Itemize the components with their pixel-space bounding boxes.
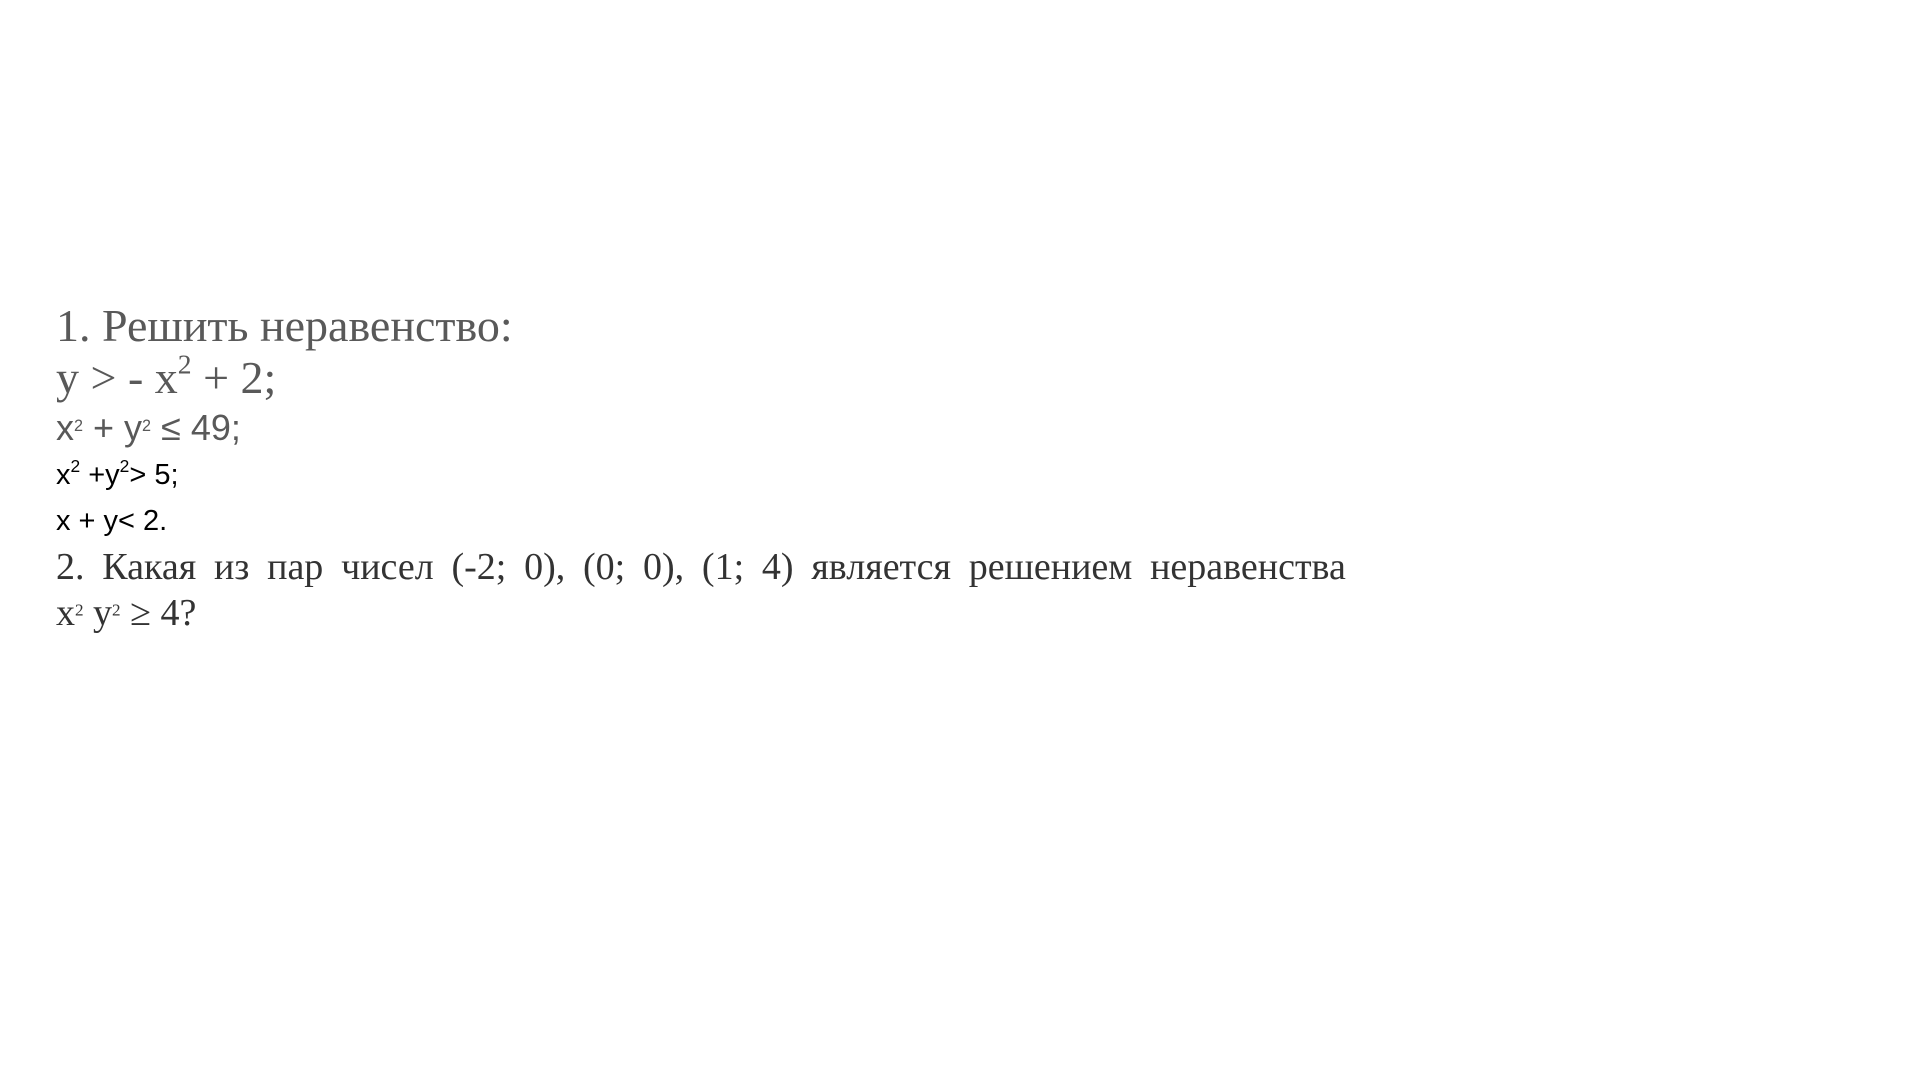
inequality-4: x + y< 2. <box>56 498 1376 544</box>
inequality-1: y > - x2 + 2; <box>56 352 1376 404</box>
slide: 1. Решить неравенство: y > - x2 + 2; x2 … <box>0 0 1920 1080</box>
slide-content: 1. Решить неравенство: y > - x2 + 2; x2 … <box>56 300 1376 636</box>
task1-heading: 1. Решить неравенство: <box>56 300 1376 352</box>
inequality-2: x2 + y2 ≤ 49; <box>56 404 1376 452</box>
task2-inequality: x2 y2 ≥ 4? <box>56 590 1376 636</box>
task2-question: 2. Какая из пар чисел (-2; 0), (0; 0), (… <box>56 544 1346 590</box>
inequality-3: x2 +y2> 5; <box>56 452 1376 498</box>
